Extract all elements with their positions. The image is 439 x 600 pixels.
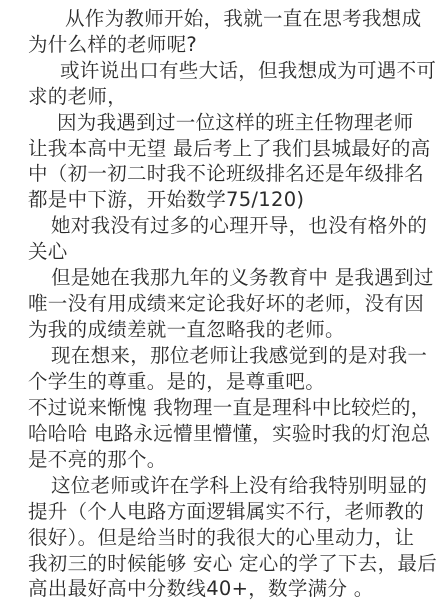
text-line: 为什么样的老师呢? [28,33,197,57]
text-line: 关心 [28,240,68,264]
text-line: 从作为教师开始，我就一直在思考我想成 [65,7,421,31]
text-line: 提升（个人电路方面逻辑属实不行，老师教的 [28,500,424,524]
text-line: 哈哈哈 电路永远懵里懵懂，实验时我的灯泡总 [28,422,431,446]
text-line: 为我的成绩差就一直忽略我的老师。 [28,318,345,342]
text-line: 个学生的尊重。是的，是尊重吧。 [28,370,325,394]
text-line: 这位老师或许在学科上没有给我特别明显的 [51,474,427,498]
text-line: 因为我遇到过一位这样的班主任物理老师 [57,111,413,135]
text-line: 很好）。但是给当时的我很大的心里动力，让 [28,526,414,550]
text-line: 现在想来，那位老师让我感觉到的是对我一 [51,344,427,368]
text-line: 求的老师， [28,85,127,109]
text-line: 我初三的时候能够 安心 定心的学了下去，最后 [28,552,437,576]
text-line: 高出最好高中分数线40+，数学满分 。 [28,577,374,600]
text-line: 不过说来惭愧 我物理一直是理科中比较烂的， [28,396,431,420]
text-line: 都是中下游，开始数学75/120) [28,188,304,212]
text-line: 唯一没有用成绩来定论我好坏的老师，没有因 [28,292,424,316]
text-line: 是不亮的那个。 [28,448,167,472]
document-body: 从作为教师开始，我就一直在思考我想成 为什么样的老师呢? 或许说出口有些大话，但… [0,0,439,600]
text-line: 她对我没有过多的心理开导，也没有格外的 [51,214,427,238]
text-line: 但是她在我那九年的义务教育中 是我遇到过 [51,266,434,290]
text-line: 中（初一初二时我不论班级排名还是年级排名 [28,162,424,186]
text-line: 或许说出口有些大话，但我想成为可遇不可 [60,59,436,83]
text-line: 让我本高中无望 最后考上了我们县城最好的高 [28,137,431,161]
